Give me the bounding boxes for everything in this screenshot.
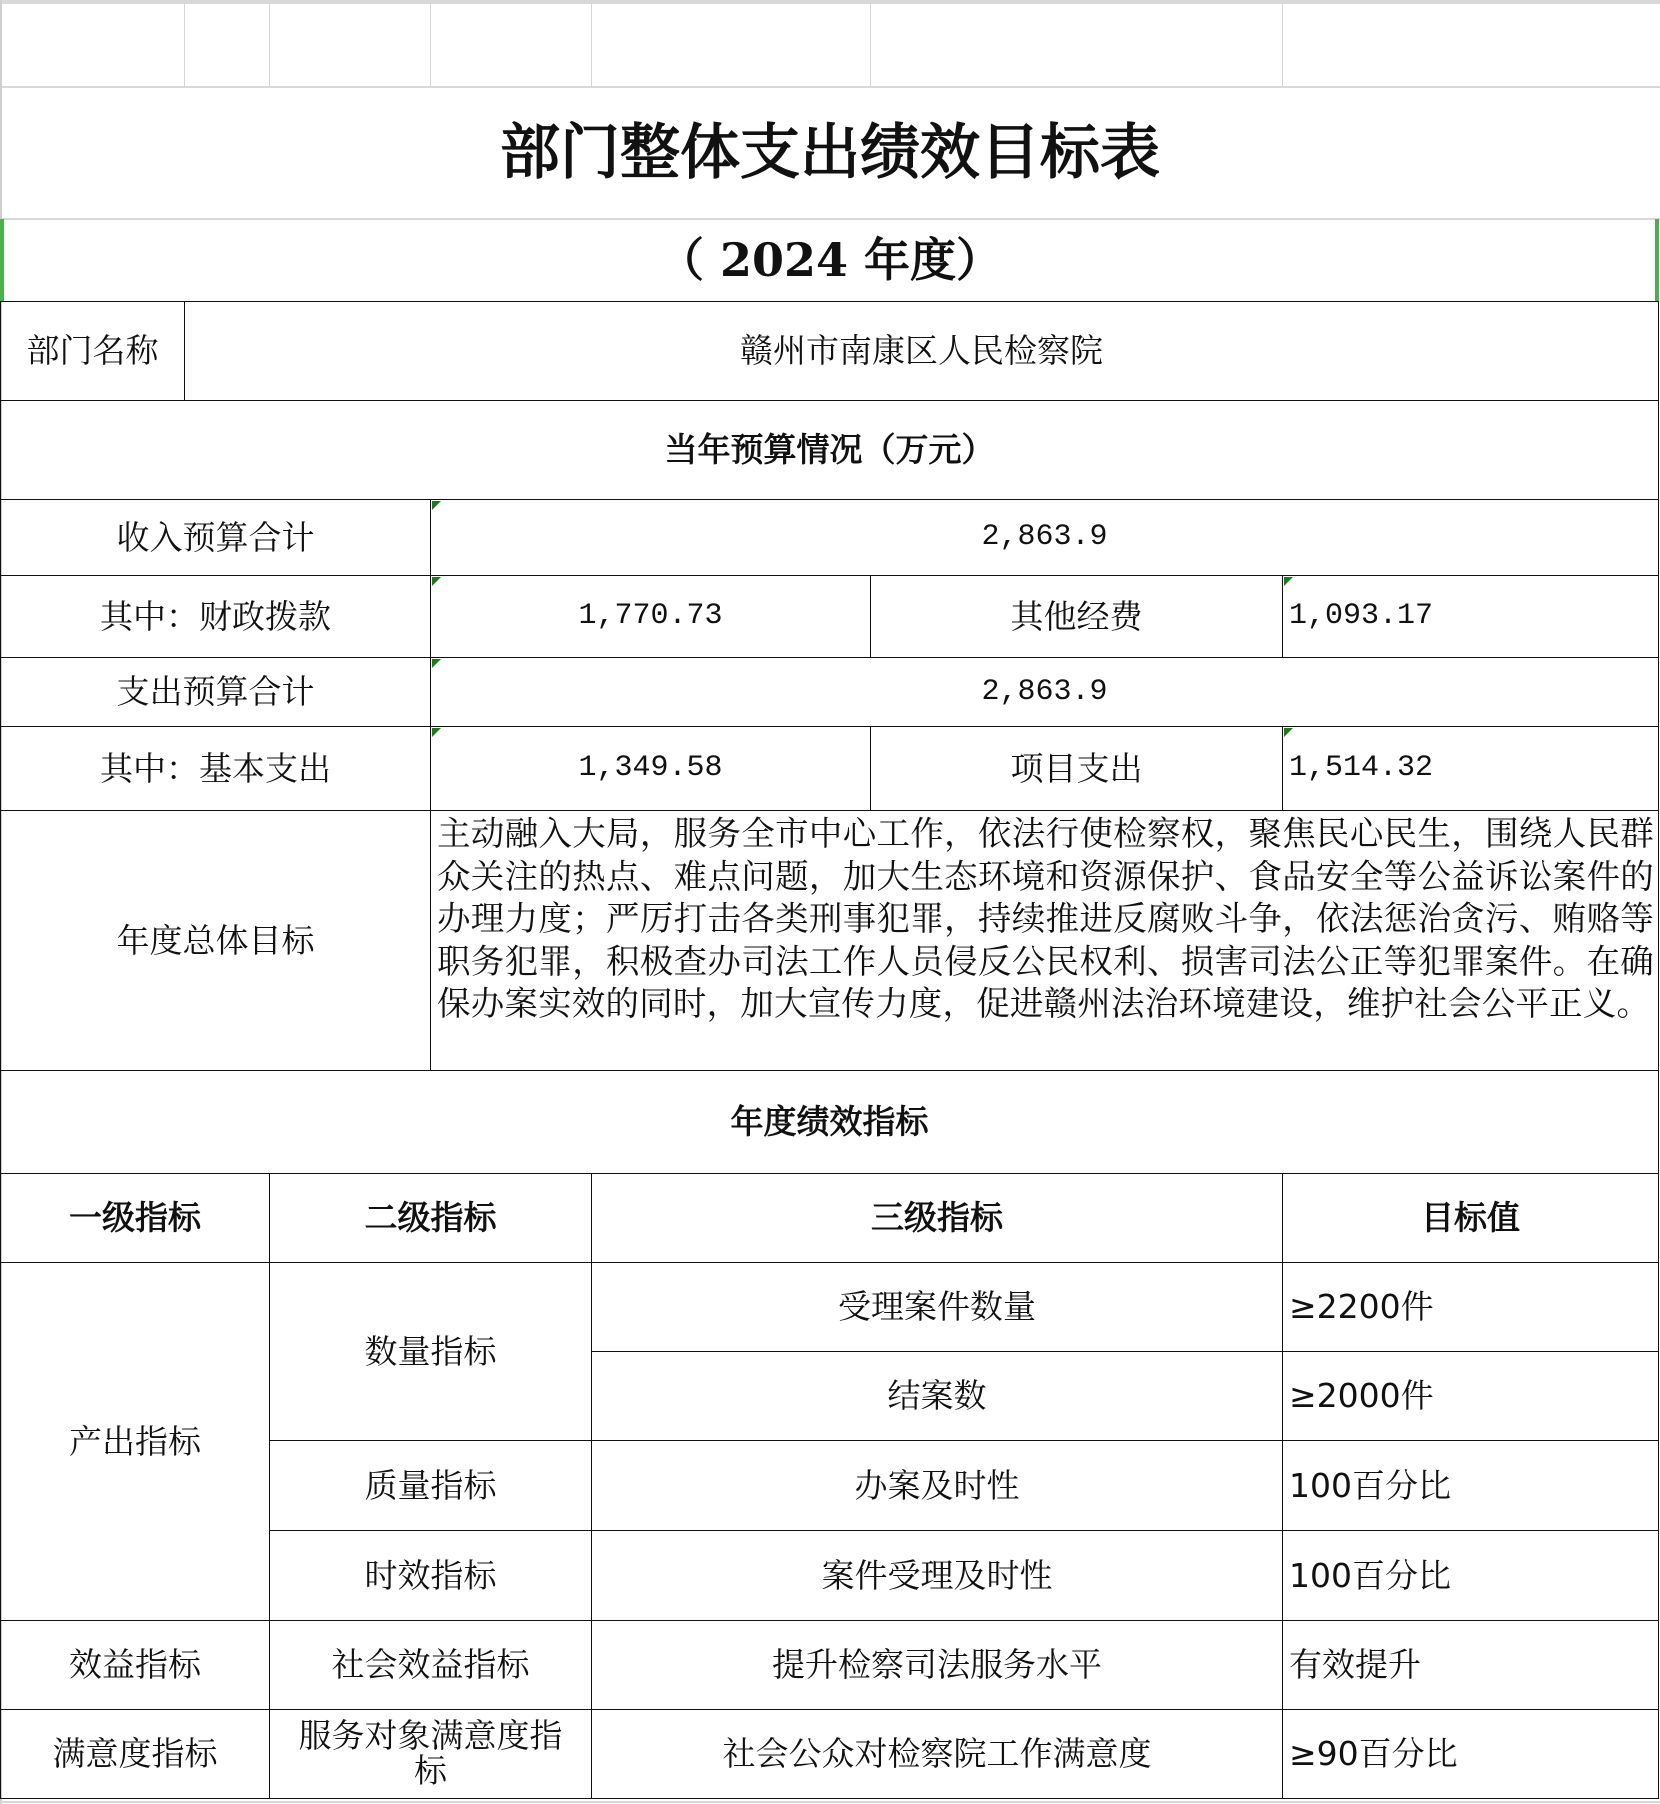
fiscal-label: 其中：财政拨款 [0, 575, 431, 658]
annual-goal-label: 年度总体目标 [0, 810, 431, 1071]
empty-grid-row [0, 0, 1660, 87]
column-header-level2: 二级指标 [269, 1173, 592, 1263]
expense-total-value[interactable]: 2,863.9 [430, 657, 1659, 727]
column-header-level3: 三级指标 [591, 1173, 1283, 1263]
level3-cell[interactable]: 结案数 [591, 1351, 1283, 1441]
annual-goal-text[interactable]: 主动融入大局，服务全市中心工作，依法行使检察权，聚焦民心民生，围绕人民群众关注的… [430, 810, 1659, 1071]
level3-cell[interactable]: 提升检察司法服务水平 [591, 1620, 1283, 1710]
basic-expense-label: 其中：基本支出 [0, 726, 431, 811]
level3-cell[interactable]: 办案及时性 [591, 1440, 1283, 1531]
selection-edge [0, 219, 4, 301]
target-cell[interactable]: ≥2200件 [1282, 1262, 1659, 1352]
page-title: 部门整体支出绩效目标表 [0, 88, 1660, 218]
target-cell[interactable]: ≥90百分比 [1282, 1709, 1659, 1799]
project-expense-value[interactable]: 1,514.32 [1282, 726, 1659, 811]
level3-cell[interactable]: 案件受理及时性 [591, 1530, 1283, 1621]
project-expense-label: 项目支出 [870, 726, 1283, 811]
target-cell[interactable]: ≥2000件 [1282, 1351, 1659, 1441]
column-header-level1: 一级指标 [0, 1173, 270, 1263]
gridline [591, 0, 592, 87]
fiscal-value[interactable]: 1,770.73 [430, 575, 871, 658]
dept-name[interactable]: 赣州市南康区人民检察院 [184, 301, 1659, 401]
income-total-value[interactable]: 2,863.9 [430, 499, 1659, 576]
number-as-text-indicator-icon [432, 659, 441, 668]
gridline [430, 0, 431, 87]
gridline [0, 1801, 1660, 1803]
number-as-text-indicator-icon [432, 577, 441, 586]
number-as-text-indicator-icon [432, 728, 441, 737]
level3-cell[interactable]: 受理案件数量 [591, 1262, 1283, 1352]
dept-label: 部门名称 [0, 301, 185, 401]
level1-output: 产出指标 [0, 1262, 270, 1621]
expense-total-label: 支出预算合计 [0, 657, 431, 727]
target-cell[interactable]: 100百分比 [1282, 1530, 1659, 1621]
gridline [184, 0, 185, 87]
column-header-target: 目标值 [1282, 1173, 1659, 1263]
gridline [269, 0, 270, 87]
level2-social-benefit: 社会效益指标 [269, 1620, 592, 1710]
level1-benefit: 效益指标 [0, 1620, 270, 1710]
level3-cell[interactable]: 社会公众对检察院工作满意度 [591, 1709, 1283, 1799]
page-subtitle: （ 2024 年度） [0, 219, 1660, 301]
level2-quantity: 数量指标 [269, 1262, 592, 1441]
number-as-text-indicator-icon [1284, 728, 1293, 737]
gridline [1282, 0, 1283, 87]
gridline [870, 0, 871, 87]
level1-satisfaction: 满意度指标 [0, 1709, 270, 1799]
level2-timeliness: 时效指标 [269, 1530, 592, 1621]
number-as-text-indicator-icon [1284, 577, 1293, 586]
target-cell[interactable]: 100百分比 [1282, 1440, 1659, 1531]
selection-edge [1655, 219, 1659, 301]
target-cell[interactable]: 有效提升 [1282, 1620, 1659, 1710]
performance-header: 年度绩效指标 [0, 1070, 1659, 1174]
level2-service-satisfaction: 服务对象满意度指标 [269, 1709, 592, 1799]
other-funds-label: 其他经费 [870, 575, 1283, 658]
number-as-text-indicator-icon [432, 501, 441, 510]
other-funds-value[interactable]: 1,093.17 [1282, 575, 1659, 658]
income-total-label: 收入预算合计 [0, 499, 431, 576]
budget-header: 当年预算情况（万元） [0, 400, 1659, 500]
level2-quality: 质量指标 [269, 1440, 592, 1531]
basic-expense-value[interactable]: 1,349.58 [430, 726, 871, 811]
